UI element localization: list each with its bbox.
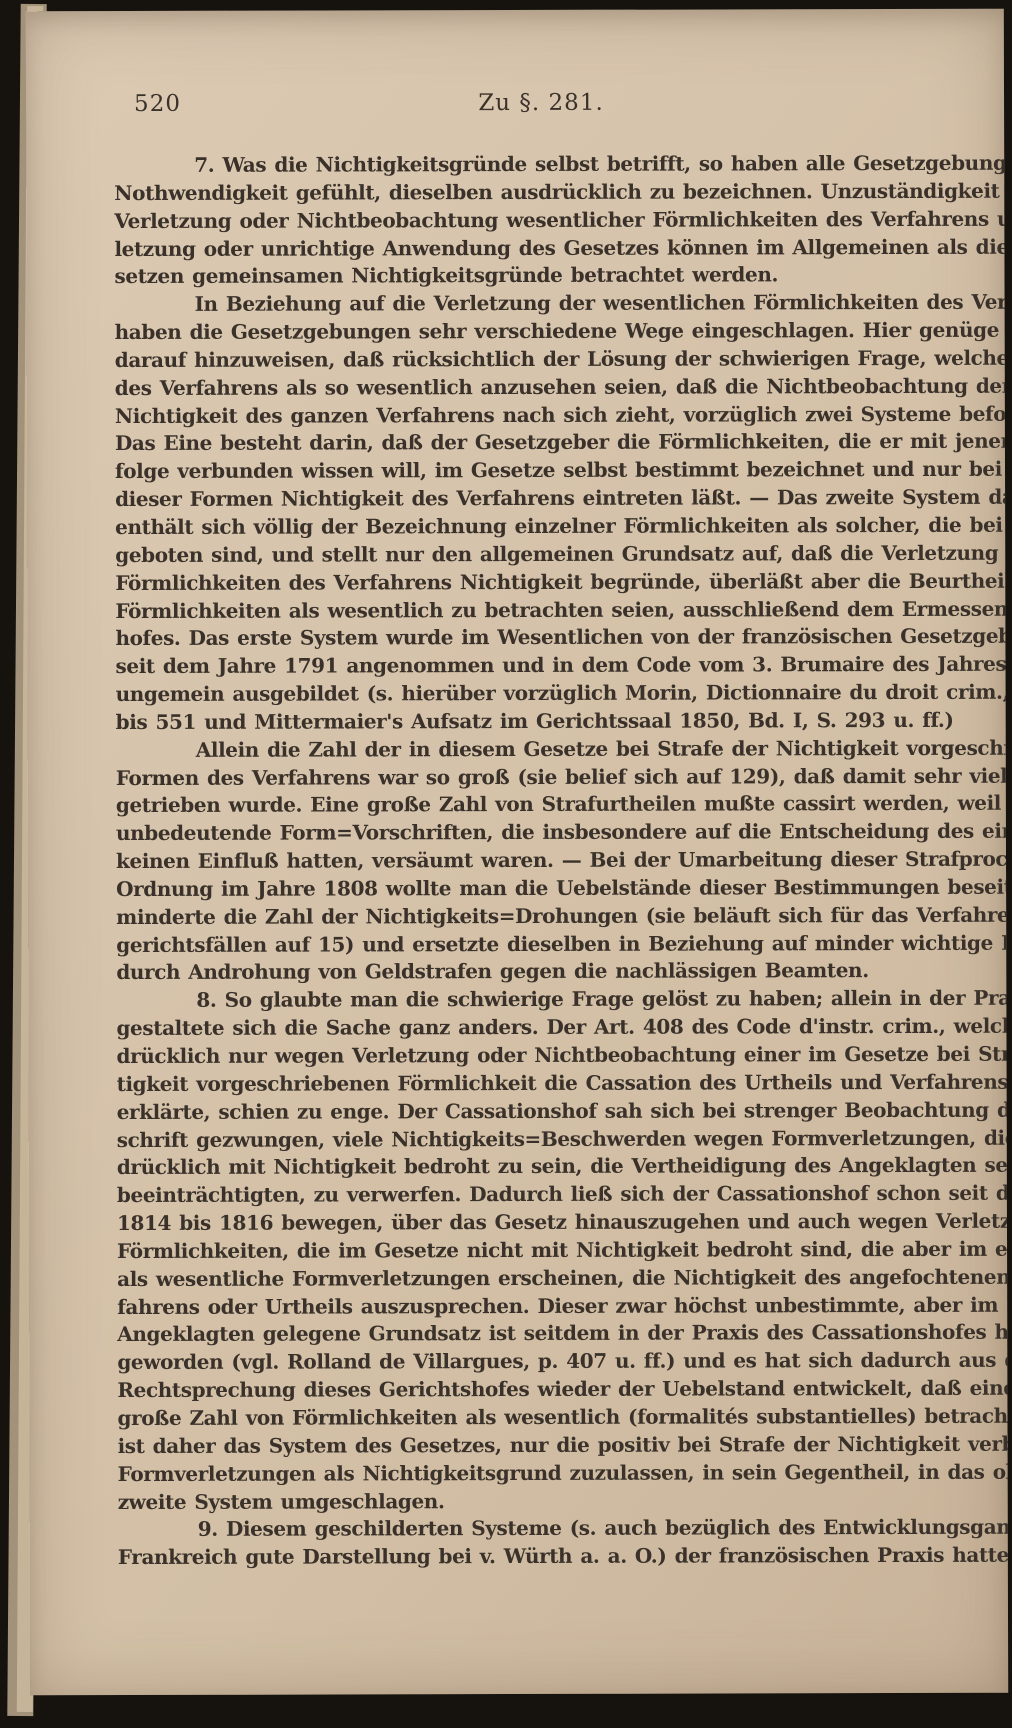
text-line: ist daher das System des Gesetzes, nur d… xyxy=(118,1430,1009,1460)
text-line: drücklich mit Nichtigkeit bedroht zu sei… xyxy=(117,1152,1008,1182)
text-line: seit dem Jahre 1791 angenommen und in de… xyxy=(115,651,1008,681)
text-line: getrieben wurde. Eine große Zahl von Str… xyxy=(116,790,1008,820)
text-line: folge verbunden wissen will, im Gesetze … xyxy=(115,456,1008,486)
text-line: geworden (vgl. Rolland de Villargues, p.… xyxy=(117,1347,1008,1377)
text-line: drücklich nur wegen Verletzung oder Nich… xyxy=(116,1041,1008,1071)
text-line: minderte die Zahl der Nichtigkeits=Drohu… xyxy=(116,901,1008,931)
text-line: durch Androhung von Geldstrafen gegen di… xyxy=(116,957,1008,987)
text-line: schrift gezwungen, viele Nichtigkeits=Be… xyxy=(117,1124,1008,1154)
text-line: 9. Diesem geschilderten Systeme (s. auch… xyxy=(118,1514,1008,1544)
text-line: zweite System umgeschlagen. xyxy=(118,1486,1009,1516)
text-line: Verletzung oder Nichtbeobachtung wesentl… xyxy=(114,205,1008,235)
text-line: Formen des Verfahrens war so groß (sie b… xyxy=(116,762,1008,792)
text-line: In Beziehung auf die Verletzung der wese… xyxy=(115,289,1009,319)
text-line: als wesentliche Formverletzungen erschei… xyxy=(117,1263,1008,1293)
text-line: Angeklagten gelegene Grundsatz ist seitd… xyxy=(117,1319,1008,1349)
text-line: Nothwendigkeit gefühlt, dieselben ausdrü… xyxy=(114,178,1008,208)
page-body: 7. Was die Nichtigkeitsgründe selbst bet… xyxy=(114,150,1008,1572)
text-line: beeinträchtigten, zu verwerfen. Dadurch … xyxy=(117,1180,1008,1210)
text-line: enthält sich völlig der Bezeichnung einz… xyxy=(115,512,1008,542)
page-number: 520 xyxy=(134,91,181,117)
text-line: große Zahl von Förmlichkeiten als wesent… xyxy=(117,1403,1008,1433)
text-line: 1814 bis 1816 bewegen, über das Gesetz h… xyxy=(117,1208,1008,1238)
text-line: gerichtsfällen auf 15) und ersetzte dies… xyxy=(116,929,1008,959)
text-line: Das Eine besteht darin, daß der Gesetzge… xyxy=(115,428,1008,458)
text-line: hofes. Das erste System wurde im Wesentl… xyxy=(115,623,1008,653)
text-line: letzung oder unrichtige Anwendung des Ge… xyxy=(114,233,1008,263)
text-line: 8. So glaubte man die schwierige Frage g… xyxy=(116,985,1008,1015)
text-line: bis 551 und Mittermaier's Aufsatz im Ger… xyxy=(116,707,1009,737)
text-line: Frankreich gute Darstellung bei v. Würth… xyxy=(118,1542,1008,1572)
text-line: setzen gemeinsamen Nichtigkeitsgründe be… xyxy=(114,261,1008,291)
text-line: Allein die Zahl der in diesem Gesetze be… xyxy=(116,734,1009,764)
text-line: darauf hinzuweisen, daß rücksichtlich de… xyxy=(115,345,1009,375)
text-line: Förmlichkeiten als wesentlich zu betrach… xyxy=(115,595,1008,625)
text-line: ungemein ausgebildet (s. hierüber vorzüg… xyxy=(116,679,1009,709)
text-line: fahrens oder Urtheils auszusprechen. Die… xyxy=(117,1291,1008,1321)
text-line: erklärte, schien zu enge. Der Cassations… xyxy=(117,1096,1009,1126)
text-line: Formverletzungen als Nichtigkeitsgrund z… xyxy=(118,1458,1009,1488)
text-line: 7. Was die Nichtigkeitsgründe selbst bet… xyxy=(114,150,1008,180)
text-line: keinen Einfluß hatten, versäumt waren. —… xyxy=(116,846,1008,876)
book-photo: { "colors": { "background": "#16130f", "… xyxy=(0,0,1012,1728)
text-line: geboten sind, und stellt nur den allgeme… xyxy=(115,539,1008,569)
text-line: Rechtsprechung dieses Gerichtshofes wied… xyxy=(117,1375,1008,1405)
text-line: Förmlichkeiten des Verfahrens Nichtigkei… xyxy=(115,567,1008,597)
text-line: haben die Gesetzgebungen sehr verschiede… xyxy=(115,317,1009,347)
text-line: tigkeit vorgeschriebenen Förmlichkeit di… xyxy=(117,1069,1009,1099)
text-line: gestaltete sich die Sache ganz anders. D… xyxy=(116,1013,1008,1043)
text-line: Ordnung im Jahre 1808 wollte man die Ueb… xyxy=(116,874,1008,904)
running-header: Zu §. 281. xyxy=(341,89,741,116)
text-line: des Verfahrens als so wesentlich anzuseh… xyxy=(115,372,1008,402)
text-line: Förmlichkeiten, die im Gesetze nicht mit… xyxy=(117,1236,1008,1266)
page-sheet: 520 Zu §. 281. 7. Was die Nichtigkeitsgr… xyxy=(26,9,1008,1696)
text-line: Nichtigkeit des ganzen Verfahrens nach s… xyxy=(115,400,1008,430)
text-line: dieser Formen Nichtigkeit des Verfahrens… xyxy=(115,484,1008,514)
text-line: unbedeutende Form=Vorschriften, die insb… xyxy=(116,818,1008,848)
